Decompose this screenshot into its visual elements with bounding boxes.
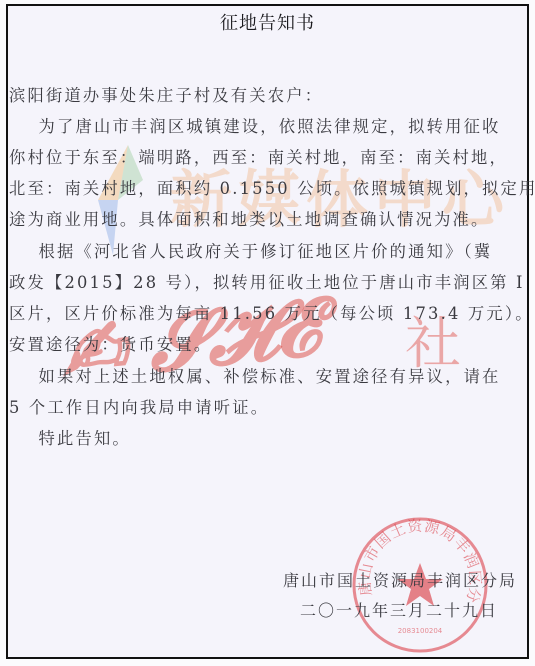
- body-line: 你村位于东至：端明路，西至：南关村地，南至：南关村地，: [9, 142, 515, 173]
- page-title: 征地告知书: [0, 9, 535, 35]
- body-line: 特此告知。: [9, 423, 515, 454]
- issue-date: 二〇一九年三月二十九日: [300, 598, 498, 621]
- body-line: 根据《河北省人民政府关于修订征地区片价的通知》（冀: [9, 236, 515, 267]
- issuer-name: 唐山市国土资源局丰润区分局: [283, 568, 517, 591]
- svg-text:2083100204: 2083100204: [398, 627, 443, 635]
- body-line: 政发【2015】28 号），拟转用征收土地位于唐山市丰润区第 I: [9, 267, 515, 298]
- addressee: 滨阳街道办事处朱庄子村及有关农户：: [9, 80, 515, 111]
- body-line: 安置途径为：货币安置。: [9, 329, 515, 360]
- body-line: 5 个工作日内向我局申请听证。: [9, 392, 515, 423]
- body-line: 区片，区片价标准为每亩 11.56 万元（每公顷 173.4 万元）。: [9, 298, 515, 329]
- body-line: 为了唐山市丰润区城镇建设，依照法律规定，拟转用征收: [9, 111, 515, 142]
- body-line: 途为商业用地。具体面积和地类以土地调查确认情况为准。: [9, 204, 515, 235]
- body-line: 北至：南关村地，面积约 0.1550 公顷。依照城镇规划，拟定用: [9, 173, 515, 204]
- body-line: 如果对上述土地权属、补偿标准、安置途径有异议，请在: [9, 361, 515, 392]
